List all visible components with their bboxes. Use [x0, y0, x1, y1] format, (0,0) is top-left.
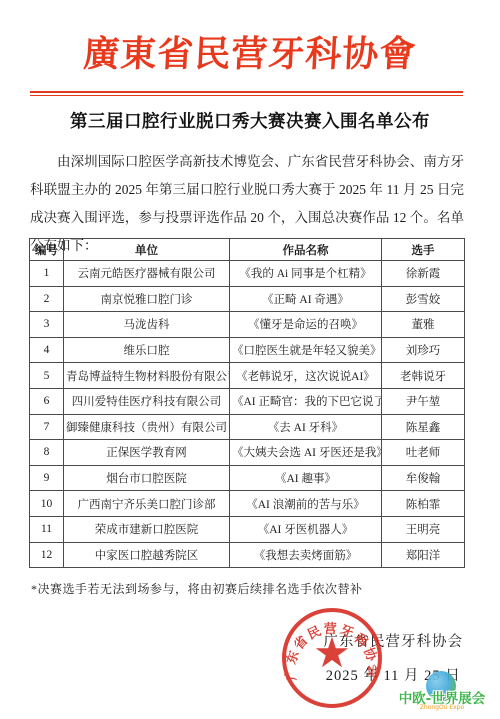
- cell-contestant: 尹午堃: [382, 388, 465, 414]
- cell-work: 《我的 Ai 同事是个杠精》: [230, 261, 382, 287]
- cell-contestant: 郑阳洋: [382, 542, 465, 568]
- cell-unit: 正保医学教育网: [64, 440, 230, 466]
- cell-work: 《AI 趣事》: [230, 465, 382, 491]
- cell-contestant: 彭雪姣: [382, 286, 465, 312]
- table-header-row: 编号 单位 作品名称 选手: [30, 239, 465, 261]
- table-row: 2 南京悦雅口腔门诊 《正畸 AI 奇遇》 彭雪姣: [30, 286, 465, 312]
- cell-number: 3: [30, 312, 64, 338]
- cell-unit: 马泷齿科: [64, 312, 230, 338]
- cell-unit: 青岛博益特生物材料股份有限公司: [64, 363, 230, 389]
- cell-number: 7: [30, 414, 64, 440]
- cell-number: 1: [30, 261, 64, 287]
- cell-contestant: 王明亮: [382, 516, 465, 542]
- cell-contestant: 吐老师: [382, 440, 465, 466]
- cell-number: 4: [30, 337, 64, 363]
- cell-contestant: 老韩说牙: [382, 363, 465, 389]
- cell-unit: 南京悦雅口腔门诊: [64, 286, 230, 312]
- cell-work: 《AI 正畸官：我的下巴它说了算》: [230, 388, 382, 414]
- table-row: 5 青岛博益特生物材料股份有限公司 《老韩说牙，这次说说AI》 老韩说牙: [30, 363, 465, 389]
- cell-unit: 维乐口腔: [64, 337, 230, 363]
- cell-work: 《大姨夫会选 AI 牙医还是我》: [230, 440, 382, 466]
- cell-work: 《懂牙是命运的召唤》: [230, 312, 382, 338]
- finalist-table: 编号 单位 作品名称 选手 1 云南元皓医疗器械有限公司 《我的 Ai 同事是个…: [29, 238, 465, 568]
- cell-work: 《AI 牙医机器人》: [230, 516, 382, 542]
- cell-number: 8: [30, 440, 64, 466]
- cell-contestant: 陈柏霏: [382, 491, 465, 517]
- table-row: 1 云南元皓医疗器械有限公司 《我的 Ai 同事是个杠精》 徐新霞: [30, 261, 465, 287]
- cell-work: 《老韩说牙，这次说说AI》: [230, 363, 382, 389]
- signature-org: 广东省民营牙科协会: [324, 630, 464, 651]
- footnote: *决赛选手若无法到场参与，将由初赛后续排名选手依次替补: [31, 580, 471, 597]
- cell-work: 《AI 浪潮前的苦与乐》: [230, 491, 382, 517]
- cell-unit: 四川爱特佳医疗科技有限公司: [64, 388, 230, 414]
- cell-unit: 广西南宁齐乐美口腔门诊部: [64, 491, 230, 517]
- cell-unit: 云南元皓医疗器械有限公司: [64, 261, 230, 287]
- cell-number: 5: [30, 363, 64, 389]
- page-title: 第三届口腔行业脱口秀大赛决赛入围名单公布: [0, 108, 500, 133]
- cell-unit: 御臻健康科技（贵州）有限公司: [64, 414, 230, 440]
- cell-number: 9: [30, 465, 64, 491]
- table-row: 11 荣成市建新口腔医院 《AI 牙医机器人》 王明亮: [30, 516, 465, 542]
- document-page: 廣東省民营牙科协會 第三届口腔行业脱口秀大赛决赛入围名单公布 由深圳国际口腔医学…: [0, 0, 500, 719]
- cell-work: 《正畸 AI 奇遇》: [230, 286, 382, 312]
- table-row: 8 正保医学教育网 《大姨夫会选 AI 牙医还是我》 吐老师: [30, 440, 465, 466]
- cell-contestant: 刘珍巧: [382, 337, 465, 363]
- cell-contestant: 牟俊翰: [382, 465, 465, 491]
- organization-banner: 廣東省民营牙科协會: [0, 26, 500, 77]
- table-row: 4 维乐口腔 《口腔医生就是年轻又貌美》 刘珍巧: [30, 337, 465, 363]
- cell-contestant: 陈星鑫: [382, 414, 465, 440]
- table-row: 12 中家医口腔越秀院区 《我想去卖烤面筋》 郑阳洋: [30, 542, 465, 568]
- cell-contestant: 董雅: [382, 312, 465, 338]
- table-row: 7 御臻健康科技（贵州）有限公司 《去 AI 牙科》 陈星鑫: [30, 414, 465, 440]
- cell-number: 10: [30, 491, 64, 517]
- expo-watermark: 中欧-世界展会 ZhongOu Expo: [390, 675, 494, 715]
- cell-unit: 中家医口腔越秀院区: [64, 542, 230, 568]
- watermark-subtitle: ZhongOu Expo: [390, 704, 494, 711]
- cell-work: 《我想去卖烤面筋》: [230, 542, 382, 568]
- table-row: 6 四川爱特佳医疗科技有限公司 《AI 正畸官：我的下巴它说了算》 尹午堃: [30, 388, 465, 414]
- col-header-work: 作品名称: [230, 239, 382, 261]
- col-header-number: 编号: [30, 239, 64, 261]
- header-divider: [30, 91, 463, 96]
- cell-contestant: 徐新霞: [382, 261, 465, 287]
- cell-number: 6: [30, 388, 64, 414]
- table-row: 10 广西南宁齐乐美口腔门诊部 《AI 浪潮前的苦与乐》 陈柏霏: [30, 491, 465, 517]
- cell-number: 12: [30, 542, 64, 568]
- cell-number: 11: [30, 516, 64, 542]
- cell-unit: 烟台市口腔医院: [64, 465, 230, 491]
- cell-work: 《去 AI 牙科》: [230, 414, 382, 440]
- cell-unit: 荣成市建新口腔医院: [64, 516, 230, 542]
- col-header-unit: 单位: [64, 239, 230, 261]
- cell-work: 《口腔医生就是年轻又貌美》: [230, 337, 382, 363]
- cell-number: 2: [30, 286, 64, 312]
- table-row: 3 马泷齿科 《懂牙是命运的召唤》 董雅: [30, 312, 465, 338]
- table-row: 9 烟台市口腔医院 《AI 趣事》 牟俊翰: [30, 465, 465, 491]
- col-header-contestant: 选手: [382, 239, 465, 261]
